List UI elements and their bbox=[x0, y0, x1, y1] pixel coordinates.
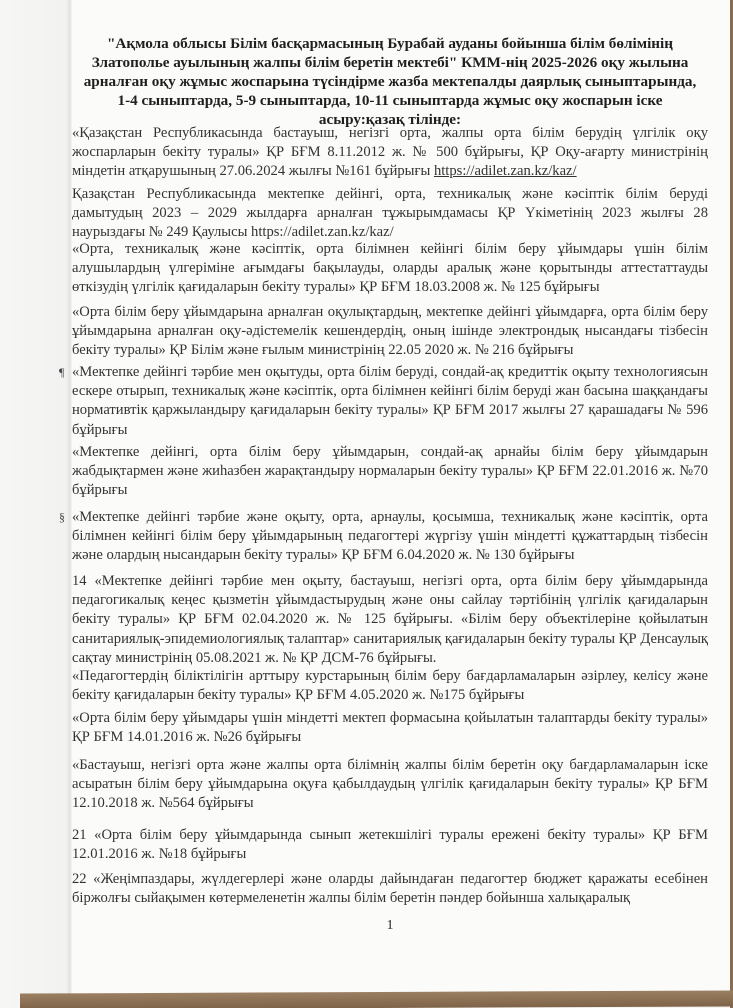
scan-left-margin bbox=[0, 0, 72, 1008]
scan-bottom-edge bbox=[20, 990, 733, 1008]
document-title: "Ақмола облысы Білім басқармасының Бураб… bbox=[78, 34, 702, 129]
adilet-link[interactable]: https://adilet.zan.kz/kaz/ bbox=[434, 163, 577, 179]
paragraph-text: «Педагогтердің біліктілігін арттыру курс… bbox=[72, 667, 708, 705]
paragraph-12: 21 «Орта білім беру ұйымдарында сынып же… bbox=[72, 826, 708, 864]
paragraph-8: 14 «Мектепке дейінгі тәрбие мен оқыту, б… bbox=[72, 572, 708, 668]
paragraph-text: «Орта білім беру ұйымдарына арналған оқу… bbox=[72, 303, 708, 361]
paragraph-6: «Мектепке дейінгі, орта білім беру ұйымд… bbox=[72, 443, 708, 501]
paragraph-text: «Қазақстан Республикасында бастауыш, нег… bbox=[72, 125, 708, 179]
paragraph-text: 14 «Мектепке дейінгі тәрбие мен оқыту, б… bbox=[72, 572, 708, 668]
paragraph-1: «Қазақстан Республикасында бастауыш, нег… bbox=[72, 124, 708, 182]
paragraph-text: «Мектепке дейінгі тәрбие және оқыту, орт… bbox=[72, 508, 708, 566]
paragraph-text: Қазақстан Республикасында мектепке дейін… bbox=[72, 185, 708, 243]
paragraph-text: «Бастауыш, негізгі орта және жалпы орта … bbox=[72, 756, 708, 814]
margin-mark: § bbox=[59, 510, 65, 525]
document-content: "Ақмола облысы Білім басқармасының Бураб… bbox=[72, 0, 708, 129]
paragraph-9: «Педагогтердің біліктілігін арттыру курс… bbox=[72, 667, 708, 705]
paragraph-4: «Орта білім беру ұйымдарына арналған оқу… bbox=[72, 303, 708, 361]
paragraph-10: «Орта білім беру ұйымдары үшін міндетті … bbox=[72, 709, 708, 747]
paragraph-11: «Бастауыш, негізгі орта және жалпы орта … bbox=[72, 756, 708, 814]
paragraph-text: 21 «Орта білім беру ұйымдарында сынып же… bbox=[72, 826, 708, 864]
paragraph-text: «Орта білім беру ұйымдары үшін міндетті … bbox=[72, 709, 708, 747]
paragraph-13: 22 «Жеңімпаздары, жүлдегерлері және олар… bbox=[72, 870, 708, 908]
paragraph-3: «Орта, техникалық және кәсіптік, орта бі… bbox=[72, 240, 708, 298]
margin-mark: ¶ bbox=[59, 365, 64, 380]
paragraph-2: Қазақстан Республикасында мектепке дейін… bbox=[72, 185, 708, 243]
paragraph-text: «Орта, техникалық және кәсіптік, орта бі… bbox=[72, 240, 708, 298]
paragraph-text: «Мектепке дейінгі, орта білім беру ұйымд… bbox=[72, 443, 708, 501]
paragraph-text: 22 «Жеңімпаздары, жүлдегерлері және олар… bbox=[72, 870, 708, 908]
paragraph-7: § «Мектепке дейінгі тәрбие және оқыту, о… bbox=[72, 508, 708, 566]
page-number: 1 bbox=[72, 918, 708, 934]
paragraph-5: ¶ «Мектепке дейінгі тәрбие мен оқытуды, … bbox=[72, 363, 708, 440]
paragraph-text: «Мектепке дейінгі тәрбие мен оқытуды, ор… bbox=[72, 363, 708, 440]
